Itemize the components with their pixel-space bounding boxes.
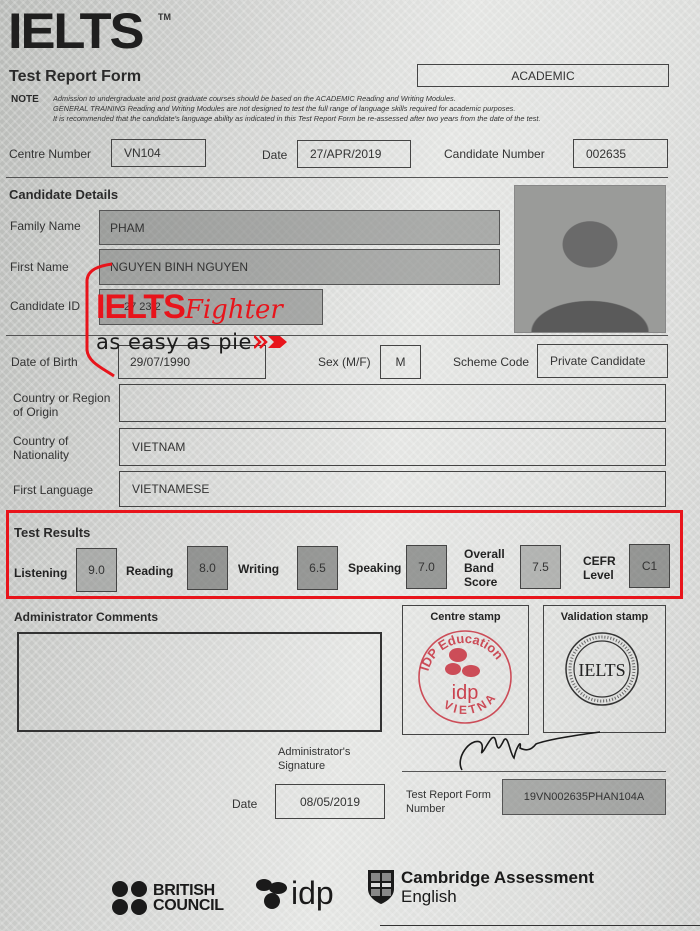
admin-signature-label: Administrator's Signature [278,745,350,773]
signature-label-line: Administrator's [278,745,350,759]
sex-field: M [380,345,421,379]
nationality-field: VIETNAM [119,428,666,466]
overall-label-line: Score [464,575,505,589]
admin-comments-label: Administrator Comments [14,610,158,624]
listening-label: Listening [14,566,67,580]
note-text: Admission to undergraduate and post grad… [53,94,693,124]
candidate-id-label: Candidate ID [10,299,80,313]
scheme-code-label: Scheme Code [453,355,529,369]
admin-comments-box [17,632,382,732]
cambridge-shield-icon [367,869,395,905]
watermark-brand-fighter: Fighter [185,295,283,325]
cambridge-line: English [401,887,594,906]
british-council-logo: BRITISH COUNCIL [111,881,224,915]
watermark-tagline-text: as easy as pie [96,330,252,354]
sex-label: Sex (M/F) [318,355,371,369]
cambridge-logo: Cambridge Assessment English [367,868,594,906]
british-council-line: BRITISH [153,883,224,898]
signature-label-line: Signature [278,759,350,773]
candidate-photo [514,185,666,333]
idp-logo-text: idp [291,877,334,909]
british-council-line: COUNCIL [153,898,224,913]
nationality-label-line: Country of [13,434,69,448]
first-language-label: First Language [13,483,93,497]
speaking-label: Speaking [348,561,401,575]
reading-score: 8.0 [187,546,228,590]
test-date-field: 27/APR/2019 [297,140,411,168]
chevron-right-icon [254,334,288,350]
issue-date-label: Date [232,797,257,811]
cefr-level: C1 [629,544,670,588]
cefr-label: CEFR Level [583,554,616,582]
cefr-label-line: Level [583,568,616,582]
origin-label-line: of Origin [13,405,110,419]
reading-label: Reading [126,564,173,578]
british-council-dots-icon [111,881,149,915]
note-line: GENERAL TRAINING Reading and Writing Mod… [53,104,693,114]
note-line: Admission to undergraduate and post grad… [53,94,693,104]
trf-label-line: Test Report Form [406,788,491,802]
centre-stamp-box: Centre stamp IDP Education VIETNAM idp [402,605,529,735]
svg-text:idp: idp [452,682,479,704]
overall-label-line: Overall [464,547,505,561]
candidate-details-title: Candidate Details [9,187,118,202]
family-name-label: Family Name [10,219,81,233]
form-title: Test Report Form [9,68,141,86]
watermark-brand-ielts: IELTS [96,288,185,327]
candidate-number-field: 002635 [573,139,668,168]
cefr-label-line: CEFR [583,554,616,568]
first-language-field: VIETNAMESE [119,471,666,507]
overall-band-label: Overall Band Score [464,547,505,589]
dob-label: Date of Birth [11,355,78,369]
idp-leaf-icon [256,876,290,910]
ielts-logo-text: IELTS [8,2,142,60]
origin-label: Country or Region of Origin [13,391,110,419]
issue-date-field: 08/05/2019 [275,784,385,819]
trf-number-label: Test Report Form Number [406,788,491,816]
writing-score: 6.5 [297,546,338,590]
module-field: ACADEMIC [417,64,669,87]
test-results-title: Test Results [14,525,90,540]
centre-number-label: Centre Number [9,147,91,161]
cambridge-line: Cambridge Assessment [401,868,594,887]
signature-line [402,771,666,772]
first-name-field: NGUYEN BINH NGUYEN [99,249,500,285]
origin-label-line: Country or Region [13,391,110,405]
speaking-score: 7.0 [406,545,447,589]
listening-score: 9.0 [76,548,117,592]
note-line: It is recommended that the candidate's l… [53,114,693,124]
first-name-label: First Name [10,260,69,274]
nationality-label-line: Nationality [13,448,69,462]
validation-stamp-box: Validation stamp IELTS [543,605,666,733]
watermark-tagline: as easy as pie [96,330,288,354]
ielts-fighter-watermark: IELTS Fighter [96,288,283,327]
validation-stamp-label: Validation stamp [544,611,665,623]
centre-stamp-label: Centre stamp [403,611,528,623]
overall-label-line: Band [464,561,505,575]
nationality-label: Country of Nationality [13,434,69,462]
trademark-mark: TM [158,12,171,22]
overall-band-score: 7.5 [520,545,561,589]
scheme-code-field: Private Candidate [537,344,668,378]
note-label: NOTE [11,94,39,105]
candidate-number-label: Candidate Number [444,147,545,161]
centre-number-field: VN104 [111,139,206,167]
footer-rule [380,925,700,926]
writing-label: Writing [238,562,279,576]
ielts-logo: IELTS TM [8,2,136,60]
family-name-field: PHAM [99,210,500,245]
divider [6,177,668,178]
trf-label-line: Number [406,802,491,816]
idp-centre-stamp-icon: IDP Education VIETNAM idp [403,623,528,731]
idp-logo: idp [256,876,334,910]
origin-field [119,384,666,422]
svg-text:IELTS: IELTS [578,660,625,680]
ielts-validation-stamp-icon: IELTS [544,623,665,727]
date-label: Date [262,148,287,162]
trf-number-field: 19VN002635PHAN104A [502,779,666,815]
